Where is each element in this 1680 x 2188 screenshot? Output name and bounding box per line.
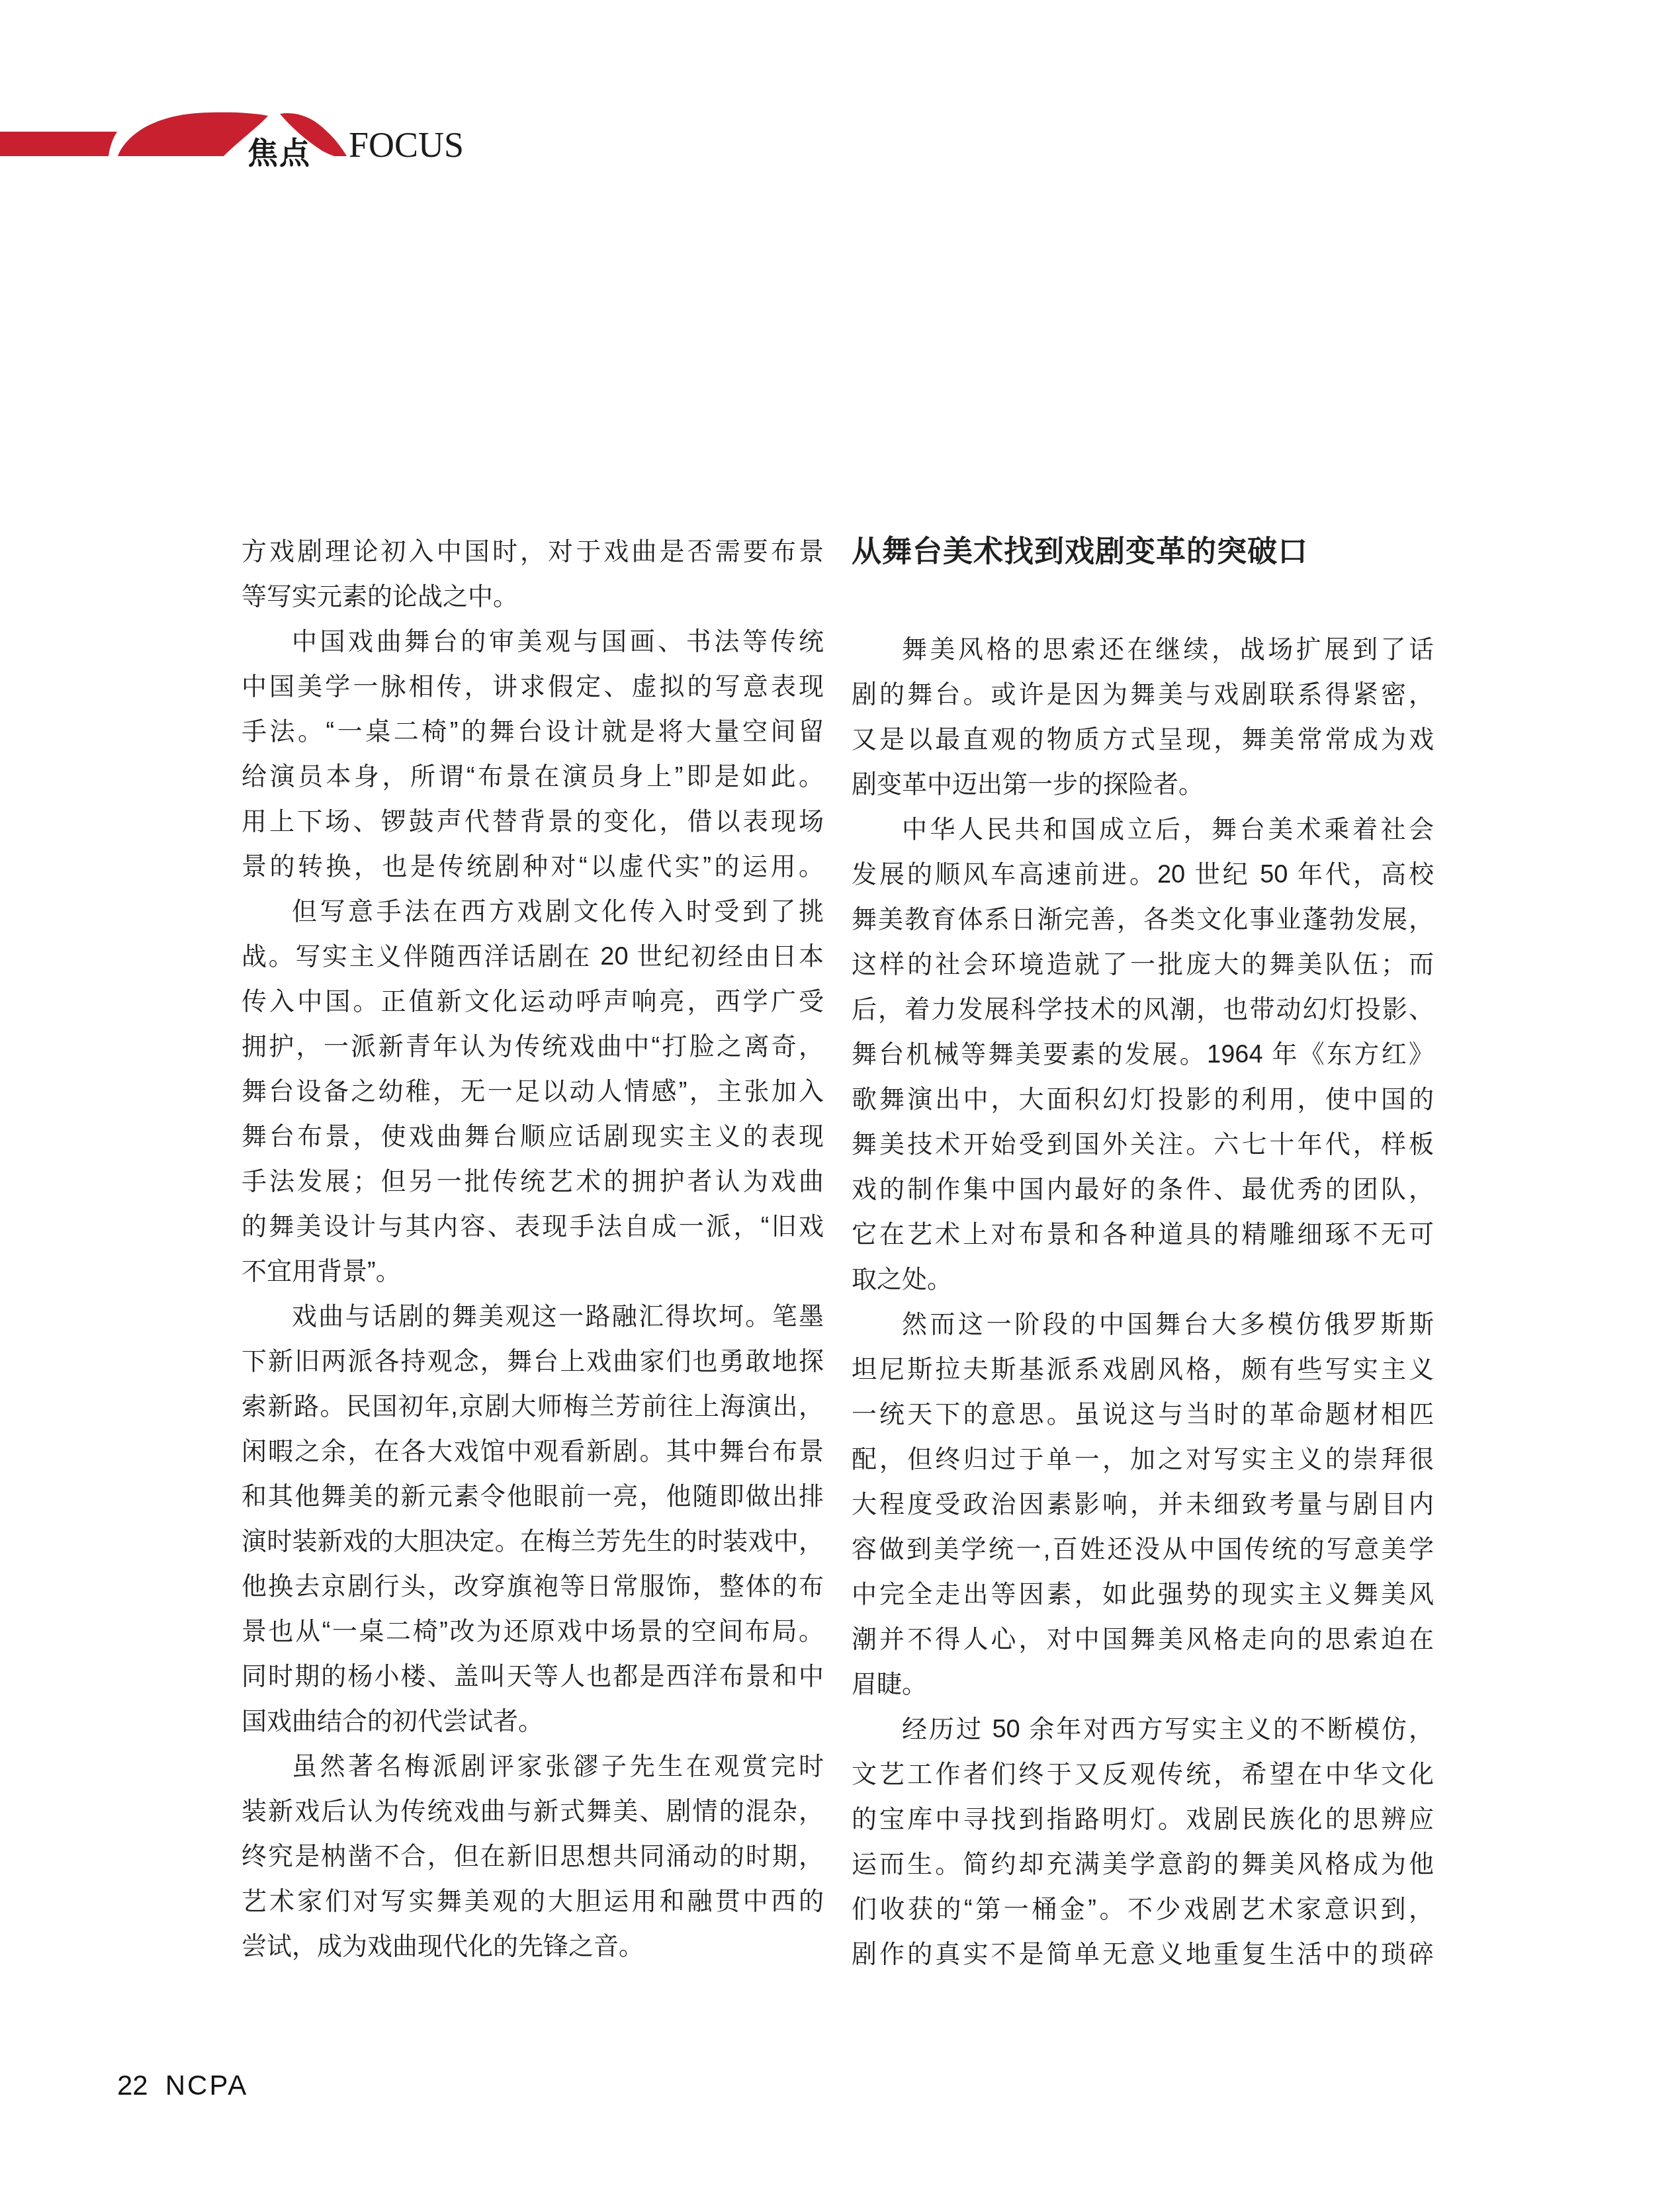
text-line: 一统天下的意思。虽说这与当时的革命题材相匹 (852, 1392, 1434, 1437)
text-line: 他换去京剧行头，改穿旗袍等日常服饰，整体的布 (242, 1564, 824, 1609)
text-line: 舞美风格的思索还在继续，战场扩展到了话 (852, 627, 1434, 672)
text-line: 这样的社会环境造就了一批庞大的舞美队伍；而 (852, 942, 1434, 987)
text-line: 中国戏曲舞台的审美观与国画、书法等传统 (242, 619, 824, 664)
text-line: 战。写实主义伴随西洋话剧在 20 世纪初经由日本 (242, 934, 824, 979)
text-line: 取之处。 (852, 1257, 1434, 1302)
text-line: 歌舞演出中，大面积幻灯投影的利用，使中国的 (852, 1077, 1434, 1122)
text-line: 舞台布景，使戏曲舞台顺应话剧现实主义的表现 (242, 1114, 824, 1159)
text-line: 文艺工作者们终于又反观传统，希望在中华文化 (852, 1752, 1434, 1797)
text-line: 舞台机械等舞美要素的发展。1964 年《东方红》 (852, 1032, 1434, 1077)
right-text-column: 从舞台美术找到戏剧变革的突破口 舞美风格的思索还在继续，战场扩展到了话剧的舞台。… (852, 529, 1434, 1977)
text-line: 发展的顺风车高速前进。20 世纪 50 年代，高校 (852, 852, 1434, 897)
text-line: 容做到美学统一,百姓还没从中国传统的写意美学 (852, 1527, 1434, 1572)
text-line: 手法发展；但另一批传统艺术的拥护者认为戏曲 (242, 1159, 824, 1204)
text-line: 舞美教育体系日渐完善，各类文化事业蓬勃发展， (852, 897, 1434, 942)
magazine-page: { "colors": { "accent_red": "#c8202f", "… (0, 0, 1680, 2188)
text-line: 不宜用背景”。 (242, 1249, 824, 1294)
header-red-dome (118, 112, 268, 156)
text-line: 手法。“一桌二椅”的舞台设计就是将大量空间留 (242, 709, 824, 754)
text-line: 方戏剧理论初入中国时，对于戏曲是否需要布景 (242, 529, 824, 574)
header-red-bar (0, 132, 117, 156)
text-line: 经历过 50 余年对西方写实主义的不断模仿， (852, 1707, 1434, 1752)
section-label-cn: 焦点 (247, 129, 311, 173)
section-heading: 从舞台美术找到戏剧变革的突破口 (852, 529, 1434, 574)
text-line: 给演员本身，所谓“布景在演员身上”即是如此。 (242, 754, 824, 799)
text-line: 舞台设备之幼稚，无一足以动人情感”，主张加入 (242, 1069, 824, 1114)
text-line: 传入中国。正值新文化运动呼声响亮，西学广受 (242, 979, 824, 1024)
text-line: 运而生。简约却充满美学意韵的舞美风格成为他 (852, 1842, 1434, 1887)
text-line: 它在艺术上对布景和各种道具的精雕细琢不无可 (852, 1212, 1434, 1257)
text-line: 配，但终归过于单一，加之对写实主义的崇拜很 (852, 1437, 1434, 1482)
text-line: 闲暇之余，在各大戏馆中观看新剧。其中舞台布景 (242, 1429, 824, 1474)
text-line: 等写实元素的论战之中。 (242, 574, 824, 619)
text-line: 中国美学一脉相传，讲求假定、虚拟的写意表现 (242, 664, 824, 709)
text-line: 们收获的“第一桶金”。不少戏剧艺术家意识到， (852, 1887, 1434, 1932)
magazine-brand: NCPA (165, 2070, 249, 2101)
text-line: 景的转换，也是传统剧种对“以虚代实”的运用。 (242, 844, 824, 889)
text-line: 舞美技术开始受到国外关注。六七十年代，样板 (852, 1122, 1434, 1167)
section-label-en: FOCUS (349, 124, 464, 165)
text-line: 虽然著名梅派剧评家张豂子先生在观赏完时 (242, 1744, 824, 1789)
text-line: 剧作的真实不是简单无意义地重复生活中的琐碎 (852, 1932, 1434, 1977)
text-line: 但写意手法在西方戏剧文化传入时受到了挑 (242, 889, 824, 934)
text-line: 国戏曲结合的初代尝试者。 (242, 1699, 824, 1744)
text-line: 戏的制作集中国内最好的条件、最优秀的团队， (852, 1167, 1434, 1212)
page-footer: 22 NCPA (117, 2070, 248, 2101)
text-line: 下新旧两派各持观念，舞台上戏曲家们也勇敢地探 (242, 1339, 824, 1384)
text-line: 艺术家们对写实舞美观的大胆运用和融贯中西的 (242, 1879, 824, 1924)
text-line: 剧变革中迈出第一步的探险者。 (852, 762, 1434, 807)
text-line: 装新戏后认为传统戏曲与新式舞美、剧情的混杂， (242, 1789, 824, 1834)
text-line: 拥护，一派新青年认为传统戏曲中“打脸之离奇， (242, 1024, 824, 1069)
text-line: 中华人民共和国成立后，舞台美术乘着社会 (852, 807, 1434, 852)
text-line: 然而这一阶段的中国舞台大多模仿俄罗斯斯 (852, 1302, 1434, 1347)
text-line: 坦尼斯拉夫斯基派系戏剧风格，颇有些写实主义 (852, 1347, 1434, 1392)
text-line: 眉睫。 (852, 1662, 1434, 1707)
left-column-lines: 方戏剧理论初入中国时，对于戏曲是否需要布景等写实元素的论战之中。中国戏曲舞台的审… (242, 529, 824, 1969)
right-column-lines: 舞美风格的思索还在继续，战场扩展到了话剧的舞台。或许是因为舞美与戏剧联系得紧密，… (852, 627, 1434, 1977)
text-line: 终究是枘凿不合，但在新旧思想共同涌动的时期， (242, 1834, 824, 1879)
text-line: 的舞美设计与其内容、表现手法自成一派，“旧戏 (242, 1204, 824, 1249)
text-line: 中完全走出等因素，如此强势的现实主义舞美风 (852, 1572, 1434, 1617)
text-line: 大程度受政治因素影响，并未细致考量与剧目内 (852, 1482, 1434, 1527)
text-line: 演时装新戏的大胆决定。在梅兰芳先生的时装戏中， (242, 1519, 824, 1564)
text-line: 的宝库中寻找到指路明灯。戏剧民族化的思辨应 (852, 1797, 1434, 1842)
text-line: 景也从“一桌二椅”改为还原戏中场景的空间布局。 (242, 1609, 824, 1654)
text-line: 后，着力发展科学技术的风潮，也带动幻灯投影、 (852, 987, 1434, 1032)
text-line: 潮并不得人心，对中国舞美风格走向的思索迫在 (852, 1617, 1434, 1662)
text-line: 同时期的杨小楼、盖叫天等人也都是西洋布景和中 (242, 1654, 824, 1699)
text-line: 用上下场、锣鼓声代替背景的变化，借以表现场 (242, 799, 824, 844)
text-line: 又是以最直观的物质方式呈现，舞美常常成为戏 (852, 717, 1434, 762)
left-text-column: 方戏剧理论初入中国时，对于戏曲是否需要布景等写实元素的论战之中。中国戏曲舞台的审… (242, 529, 824, 1969)
text-line: 戏曲与话剧的舞美观这一路融汇得坎坷。笔墨 (242, 1294, 824, 1339)
text-line: 和其他舞美的新元素令他眼前一亮，他随即做出排 (242, 1474, 824, 1519)
text-line: 剧的舞台。或许是因为舞美与戏剧联系得紧密， (852, 672, 1434, 717)
text-line: 尝试，成为戏曲现代化的先锋之音。 (242, 1924, 824, 1969)
text-line: 索新路。民国初年,京剧大师梅兰芳前往上海演出， (242, 1384, 824, 1429)
page-number: 22 (117, 2070, 148, 2101)
